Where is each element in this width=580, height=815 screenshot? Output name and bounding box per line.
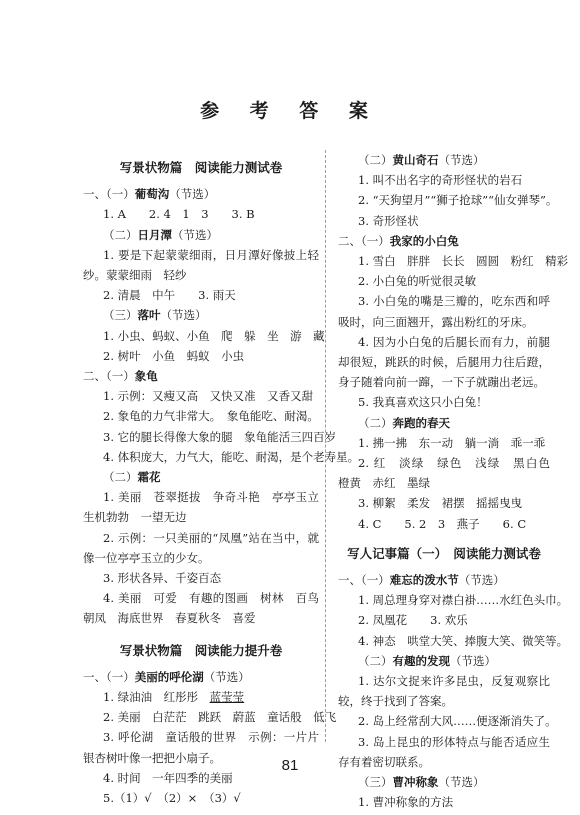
passage-name: 有趣的发现 <box>393 654 451 668</box>
section-title: 写景状物篇 阅读能力测试卷 <box>83 158 319 178</box>
answer-item: 2. 小白兔的听觉很灵敏 <box>338 271 550 291</box>
question-heading: 二、（一）我家的小白兔 <box>338 231 550 251</box>
heading-suffix: （节选） <box>439 775 485 789</box>
answer-text-underlined: 蓝莹莹 <box>210 690 245 704</box>
heading-prefix: 二、（一） <box>83 369 135 383</box>
heading-suffix: （节选） <box>450 654 496 668</box>
page-title: 参 考 答 案 <box>0 96 580 123</box>
passage-name: 难忘的泼水节 <box>390 573 459 587</box>
heading-prefix: 二、（一） <box>338 234 390 248</box>
page-number: 81 <box>0 757 580 774</box>
answer-item: 2. 示例：一只美丽的“凤凰”站在当中，就像一位亭亭玉立的少女。 <box>83 528 319 568</box>
passage-name: 葡萄沟 <box>135 187 170 201</box>
answer-item: 5.（1）√ （2）× （3）√ <box>83 788 319 808</box>
section-title: 写人记事篇（一） 阅读能力测试卷 <box>338 544 550 564</box>
answer-item: 3. 它的腿长得像大象的腿 象龟能活三四百岁 <box>83 427 319 447</box>
passage-name: 象龟 <box>135 369 158 383</box>
left-column: 写景状物篇 阅读能力测试卷 一、（一）葡萄沟（节选） 1. A 2. 4 1 3… <box>83 150 319 808</box>
heading-prefix: （二） <box>358 654 393 668</box>
answer-item: 3. 奇形怪状 <box>338 211 550 231</box>
answer-item: 1. 要是下起蒙蒙细雨，日月潭好像披上轻纱。蒙蒙细雨 轻纱 <box>83 245 319 285</box>
heading-prefix: （二） <box>103 470 138 484</box>
answer-item: 1. 示例：又瘦又高 又快又准 又香又甜 <box>83 386 319 406</box>
answer-item: 2. 岛上经常刮大风……便逐渐消失了。 <box>338 711 550 731</box>
answer-item: 4. 体积庞大，力气大，能吃、耐渴，是个老寿星。 <box>83 447 319 467</box>
answer-item: 3. 柳絮 柔发 裙摆 摇摇曳曳 <box>338 493 550 513</box>
question-heading: 一、（一）难忘的泼水节（节选） <box>338 570 550 590</box>
answer-item: 1. 叫不出名字的奇形怪状的岩石 <box>338 170 550 190</box>
heading-prefix: 一、（一） <box>83 670 135 684</box>
passage-name: 落叶 <box>138 308 161 322</box>
heading-prefix: 一、（一） <box>338 573 390 587</box>
question-heading: （二）霜花 <box>83 467 319 487</box>
heading-suffix: （节选） <box>169 187 215 201</box>
heading-suffix: （节选） <box>459 573 505 587</box>
passage-name: 日月潭 <box>138 228 173 242</box>
answer-item: 2. 凤凰花 3. 欢乐 <box>338 610 550 630</box>
answer-item: 2. 象龟的力气非常大。 象龟能吃、耐渴。 <box>83 406 319 426</box>
answer-item: 2. 红 淡绿 绿色 浅绿 黑白色 橙黄 赤红 墨绿 <box>338 453 550 493</box>
answer-item: 3. 形状各异、千姿百态 <box>83 568 319 588</box>
right-column: （二）黄山奇石（节选） 1. 叫不出名字的奇形怪状的岩石 2. “天狗望月”“狮… <box>338 150 550 813</box>
answer-item: 1. 美丽 苍翠挺拔 争奇斗艳 亭亭玉立 生机勃勃 一望无边 <box>83 487 319 527</box>
answer-item: 2. 美丽 白茫茫 跳跃 蔚蓝 童话般 低飞 <box>83 707 319 727</box>
heading-suffix: （节选） <box>204 670 250 684</box>
passage-name: 美丽的呼伦湖 <box>135 670 204 684</box>
answer-item: 4. 美丽 可爱 有趣的图画 树林 百鸟朝凤 海底世界 春夏秋冬 喜爱 <box>83 588 319 628</box>
passage-name: 霜花 <box>138 470 161 484</box>
answer-item: 5. 我真喜欢这只小白兔！ <box>338 392 550 412</box>
answer-item: 1. 达尔文捉来许多昆虫，反复观察比较，终于找到了答案。 <box>338 671 550 711</box>
heading-prefix: （二） <box>358 153 393 167</box>
heading-prefix: （二） <box>358 416 393 430</box>
answer-item: 1. 小虫、蚂蚁、小鱼 爬 躲 坐 游 藏 <box>83 326 319 346</box>
question-heading: 一、（一）葡萄沟（节选） <box>83 184 319 204</box>
answer-item: 4. 神态 哄堂大笑、捧腹大笑、微笑等。 <box>338 631 550 651</box>
answer-item: 1. 绿油油 红彤彤 蓝莹莹 <box>83 687 319 707</box>
answer-item: 1. 雪白 胖胖 长长 圆圆 粉红 精彩 <box>338 251 550 271</box>
answer-item: 2. “天狗望月”“狮子抢球”“仙女弹琴”。 <box>338 190 550 210</box>
heading-prefix: 一、（一） <box>83 187 135 201</box>
passage-name: 黄山奇石 <box>393 153 439 167</box>
answer-item: 4. C 5. 2 3 燕子 6. C <box>338 514 550 534</box>
question-heading: （二）黄山奇石（节选） <box>338 150 550 170</box>
question-heading: 二、（一）象龟 <box>83 366 319 386</box>
question-heading: （三）落叶（节选） <box>83 305 319 325</box>
answer-item: 1. 曹冲称象的方法 <box>338 792 550 812</box>
answer-item: 2. 清晨 中午 3. 雨天 <box>83 285 319 305</box>
answer-item: 1. 周总理身穿对襟白褂……水红色头巾。 <box>338 590 550 610</box>
heading-prefix: （三） <box>358 775 393 789</box>
answer-item: 3. 小白兔的嘴是三瓣的，吃东西和呼吸时，向三面翘开，露出粉红的牙床。 <box>338 291 550 331</box>
passage-name: 我家的小白兔 <box>390 234 459 248</box>
heading-suffix: （节选） <box>161 308 207 322</box>
heading-suffix: （节选） <box>172 228 218 242</box>
question-heading: 一、（一）美丽的呼伦湖（节选） <box>83 667 319 687</box>
answer-item: 2. 树叶 小鱼 蚂蚁 小虫 <box>83 346 319 366</box>
answer-item: 1. A 2. 4 1 3 3. B <box>83 204 319 224</box>
answer-item: 4. 因为小白兔的后腿长而有力，前腿却很短，跳跃的时候，后腿用力往后蹬，身子随着… <box>338 332 550 393</box>
answer-item: 1. 拂一拂 东一动 躺一淌 乖一乖 <box>338 433 550 453</box>
section-title: 写景状物篇 阅读能力提升卷 <box>83 641 319 661</box>
question-heading: （二）有趣的发现（节选） <box>338 651 550 671</box>
heading-prefix: （二） <box>103 228 138 242</box>
question-heading: （二）奔跑的春天 <box>338 413 550 433</box>
heading-prefix: （三） <box>103 308 138 322</box>
passage-name: 奔跑的春天 <box>393 416 451 430</box>
question-heading: （二）日月潭（节选） <box>83 225 319 245</box>
passage-name: 曹冲称象 <box>393 775 439 789</box>
answer-text: 1. 绿油油 红彤彤 <box>103 690 210 704</box>
heading-suffix: （节选） <box>439 153 485 167</box>
question-heading: （三）曹冲称象（节选） <box>338 772 550 792</box>
